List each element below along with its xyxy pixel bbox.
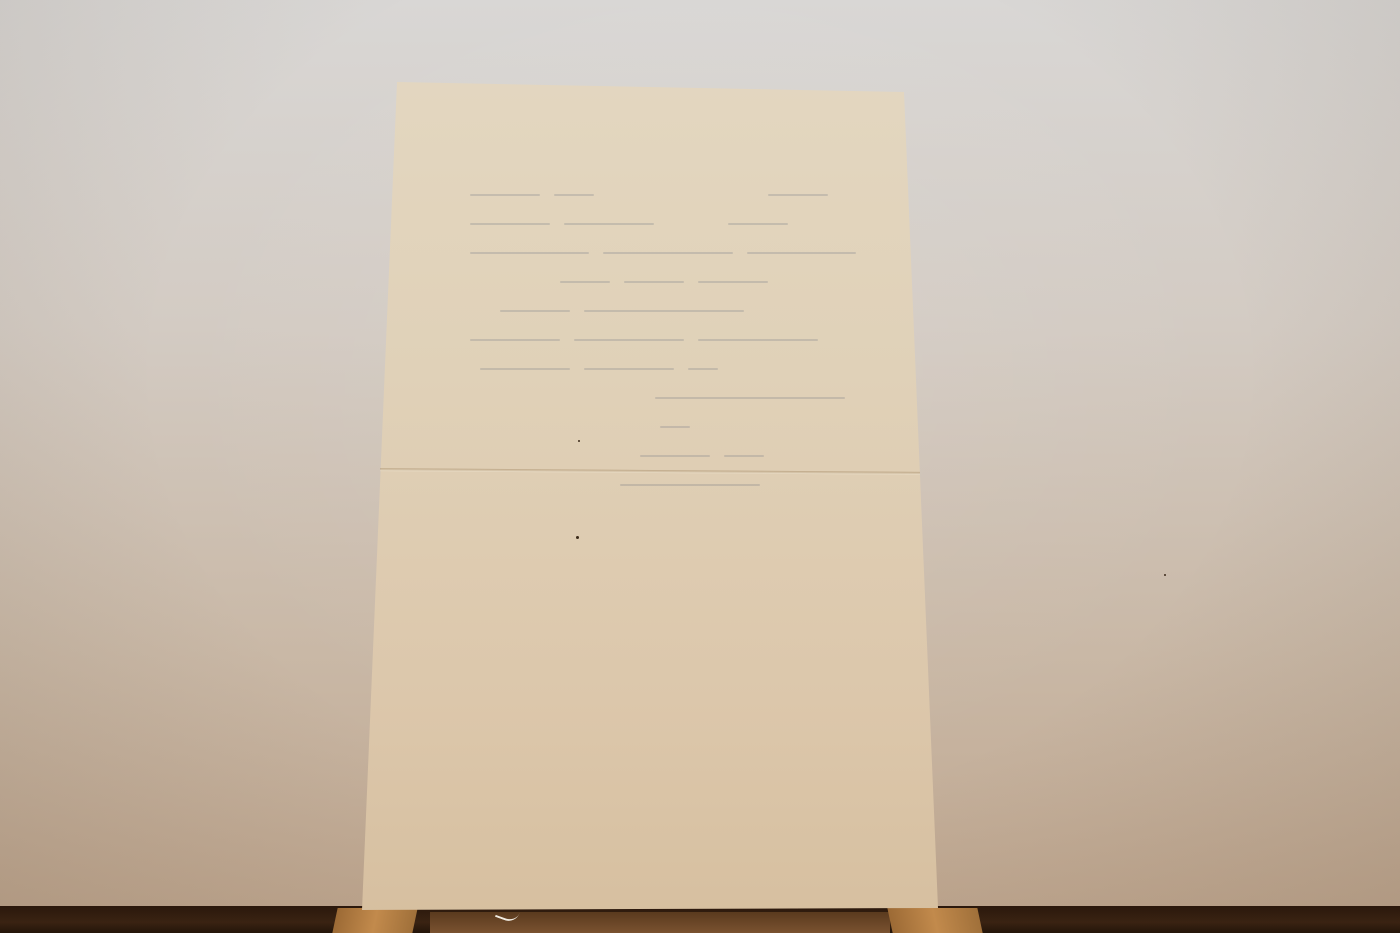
handwriting-line bbox=[470, 412, 870, 441]
paper-spot bbox=[576, 536, 579, 539]
handwriting-line bbox=[470, 180, 870, 209]
handwriting-line bbox=[470, 354, 870, 383]
handwriting-line bbox=[470, 470, 870, 499]
backdrop-spot bbox=[1164, 574, 1166, 576]
handwriting-line bbox=[470, 267, 870, 296]
handwriting-line bbox=[470, 296, 870, 325]
faded-handwriting bbox=[470, 180, 870, 499]
wooden-stand-right-support bbox=[887, 908, 982, 933]
handwriting-line bbox=[470, 209, 870, 238]
paper-spot bbox=[578, 440, 580, 442]
handwriting-line bbox=[470, 325, 870, 354]
wooden-stand-left-support bbox=[332, 908, 417, 933]
handwriting-line bbox=[470, 238, 870, 267]
handwriting-line bbox=[470, 441, 870, 470]
handwriting-line bbox=[470, 383, 870, 412]
